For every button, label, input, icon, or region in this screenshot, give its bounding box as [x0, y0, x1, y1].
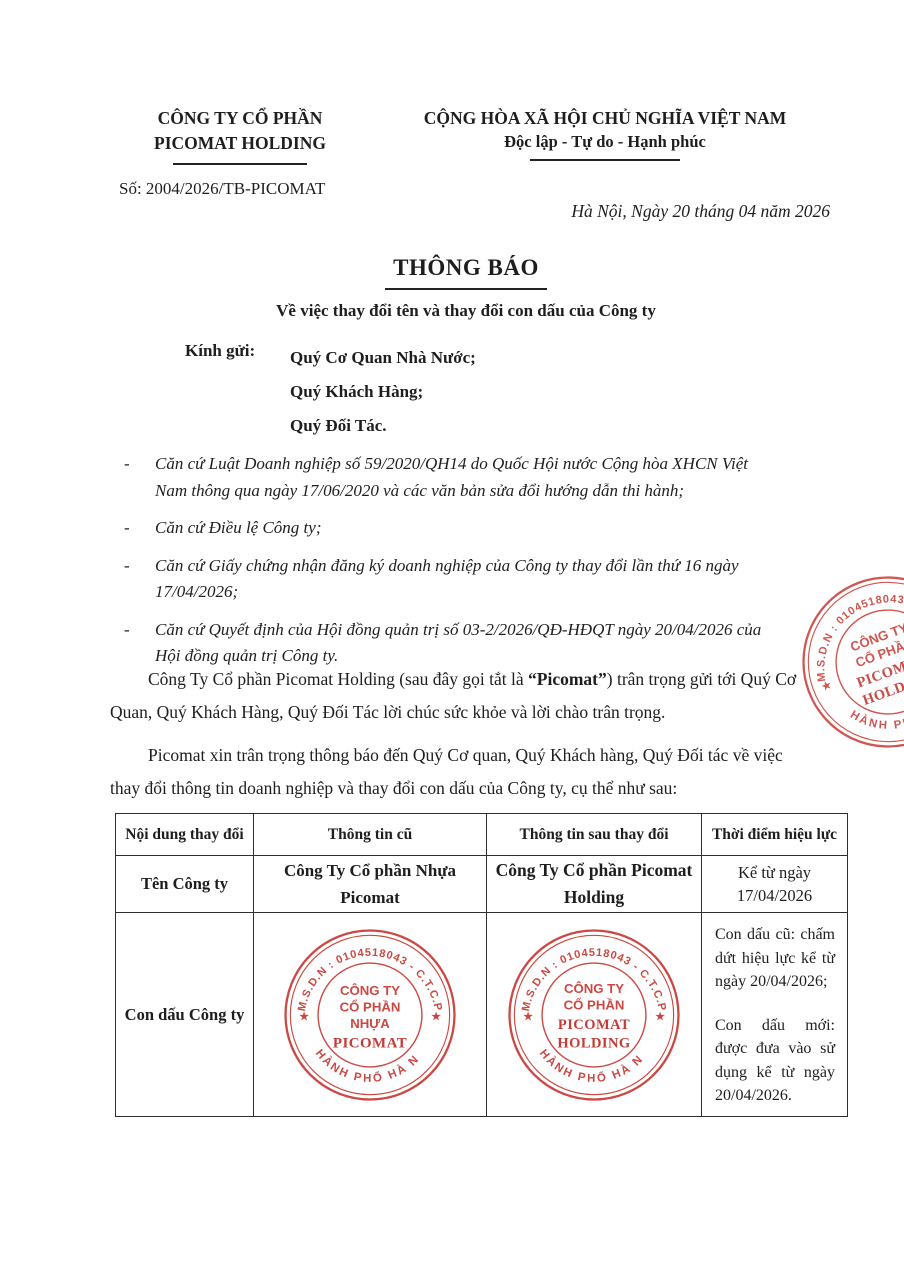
seal-center-line3: NHỰA [350, 1016, 390, 1031]
seal-star-right-icon: ★ [654, 1009, 665, 1023]
whereas-list: - Căn cứ Luật Doanh nghiệp số 59/2020/QH… [124, 451, 800, 681]
new-company-seal-stamp-icon: M.S.D.N : 0104518043 - C.T.C.P THÀNH PHỐ… [506, 927, 682, 1103]
motto-underline [530, 159, 680, 161]
seal-star-left-icon: ★ [819, 677, 834, 694]
seal-center-line4: PICOMAT [333, 1035, 407, 1051]
recipients-label: Kính gửi: [185, 341, 255, 361]
seal-star-left-icon: ★ [298, 1009, 309, 1023]
whereas-item: - Căn cứ Luật Doanh nghiệp số 59/2020/QH… [124, 451, 800, 504]
recipient-item: Quý Khách Hàng; [290, 375, 476, 409]
document-subtitle: Về việc thay đổi tên và thay đổi con dấu… [100, 301, 832, 321]
recipients-list: Quý Cơ Quan Nhà Nước; Quý Khách Hàng; Qu… [290, 341, 476, 443]
seal-center-line2: CỔ PHẦN [340, 999, 401, 1014]
document-number: Số: 2004/2026/TB-PICOMAT [119, 179, 325, 199]
place-date-line: Hà Nội, Ngày 20 tháng 04 năm 2026 [380, 201, 830, 222]
seal-star-right-icon: ★ [430, 1009, 441, 1023]
title-block: THÔNG BÁO Về việc thay đổi tên và thay đ… [100, 253, 832, 321]
greeting-paragraph: Công Ty Cổ phần Picomat Holding (sau đây… [110, 663, 824, 729]
whereas-item: - Căn cứ Điều lệ Công ty; [124, 515, 800, 542]
whereas-text: Căn cứ Luật Doanh nghiệp số 59/2020/QH14… [155, 451, 800, 504]
issuer-company-type: CÔNG TY CỔ PHẦN [140, 106, 340, 131]
whereas-item: - Căn cứ Giấy chứng nhận đăng ký doanh n… [124, 553, 800, 606]
new-seal-cell: M.S.D.N : 0104518043 - C.T.C.P THÀNH PHỐ… [487, 913, 702, 1117]
title-underline [385, 288, 547, 290]
greeting-pre: Công Ty Cổ phần Picomat Holding (sau đây… [148, 669, 528, 689]
whereas-text: Căn cứ Điều lệ Công ty; [155, 515, 800, 542]
bullet-dash: - [124, 515, 155, 542]
old-company-seal-stamp-icon: M.S.D.N : 0104518043 - C.T.C.P THÀNH PHỐ… [282, 927, 458, 1103]
new-company-name: Công Ty Cổ phần Picomat Holding [487, 856, 702, 913]
change-table: Nội dung thay đổi Thông tin cũ Thông tin… [115, 813, 848, 1117]
bullet-dash: - [124, 553, 155, 606]
name-effective-date: Kể từ ngày 17/04/2026 [702, 856, 848, 913]
national-title: CỘNG HÒA XÃ HỘI CHỦ NGHĨA VIỆT NAM [380, 106, 830, 130]
announcement-paragraph: Picomat xin trân trọng thông báo đến Quý… [110, 739, 810, 805]
issuer-underline [173, 163, 307, 165]
seal-center-line1: CÔNG TY [340, 982, 400, 997]
seal-center-line2: CỔ PHẦN [564, 997, 625, 1012]
col-header-new: Thông tin sau thay đổi [487, 814, 702, 856]
whereas-text: Căn cứ Quyết định của Hội đồng quản trị … [155, 617, 800, 670]
recipient-item: Quý Cơ Quan Nhà Nước; [290, 341, 476, 375]
whereas-item: - Căn cứ Quyết định của Hội đồng quản tr… [124, 617, 800, 670]
seal-note-old: Con dấu cũ: chấm dứt hiệu lực kể từ ngày… [715, 923, 835, 994]
col-header-content: Nội dung thay đổi [116, 814, 254, 856]
document-page: CÔNG TY CỔ PHẦN PICOMAT HOLDING CỘNG HÒA… [0, 0, 904, 1280]
old-company-name: Công Ty Cổ phần Nhựa Picomat [254, 856, 487, 913]
bullet-dash: - [124, 451, 155, 504]
seal-effective-cell: Con dấu cũ: chấm dứt hiệu lực kể từ ngày… [702, 913, 848, 1117]
document-title: THÔNG BÁO [100, 253, 832, 283]
table-row-company-name: Tên Công ty Công Ty Cổ phần Nhựa Picomat… [116, 856, 848, 913]
row-label-company-name: Tên Công ty [116, 856, 254, 913]
seal-center-line1: CÔNG TY [564, 981, 624, 996]
whereas-text: Căn cứ Giấy chứng nhận đăng ký doanh ngh… [155, 553, 800, 606]
table-row-company-seal: Con dấu Công ty M.S.D.N : 0104518043 - C… [116, 913, 848, 1117]
col-header-old: Thông tin cũ [254, 814, 487, 856]
table-header-row: Nội dung thay đổi Thông tin cũ Thông tin… [116, 814, 848, 856]
seal-note-new: Con dấu mới: được đưa vào sử dụng kể từ … [715, 1014, 835, 1108]
old-seal-cell: M.S.D.N : 0104518043 - C.T.C.P THÀNH PHỐ… [254, 913, 487, 1117]
row-label-company-seal: Con dấu Công ty [116, 913, 254, 1117]
col-header-effective: Thời điểm hiệu lực [702, 814, 848, 856]
greeting-short-name: “Picomat” [528, 669, 607, 689]
national-motto: Độc lập - Tự do - Hạnh phúc [380, 130, 830, 153]
national-motto-block: CỘNG HÒA XÃ HỘI CHỦ NGHĨA VIỆT NAM Độc l… [380, 106, 830, 161]
seal-center-line4: HOLDING [557, 1035, 630, 1051]
issuer-block: CÔNG TY CỔ PHẦN PICOMAT HOLDING [140, 106, 340, 165]
recipient-item: Quý Đối Tác. [290, 409, 476, 443]
bullet-dash: - [124, 617, 155, 670]
issuer-company-name: PICOMAT HOLDING [140, 131, 340, 156]
seal-center-line3: PICOMAT [558, 1017, 630, 1033]
seal-star-left-icon: ★ [522, 1009, 533, 1023]
